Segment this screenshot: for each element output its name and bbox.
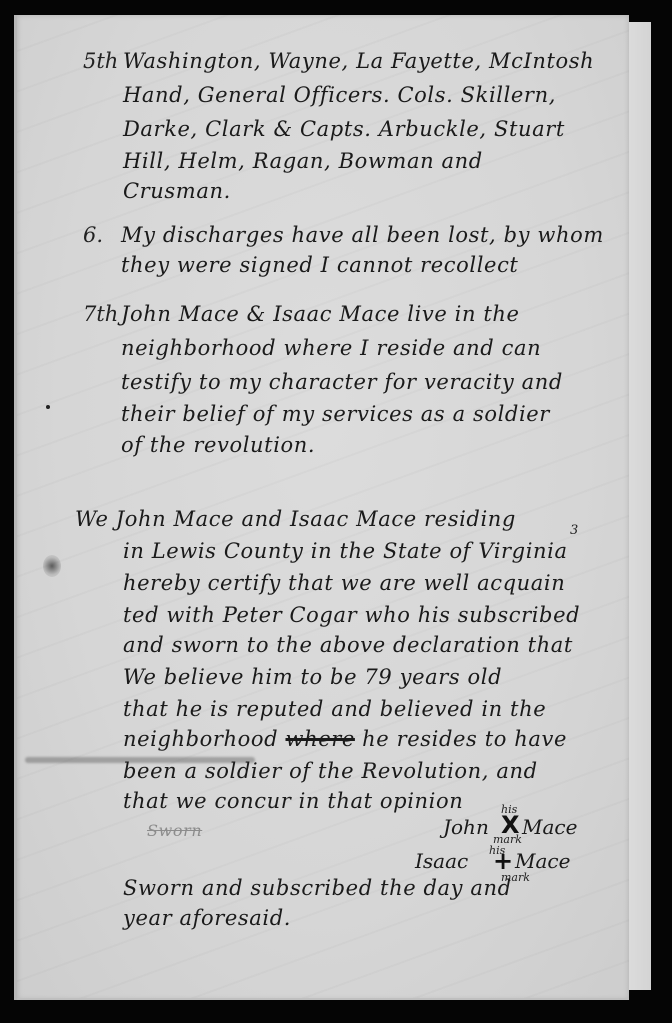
item7-line-3: testify to my character for veracity and: [121, 372, 563, 393]
item5-line-2: Hand, General Officers. Cols. Skillern,: [123, 85, 556, 106]
item7-line-4: their belief of my services as a soldier: [121, 404, 550, 425]
item6-line-1: My discharges have all been lost, by who…: [121, 225, 604, 246]
ink-blot: [43, 555, 61, 577]
cert-line-7: that he is reputed and believed in the: [123, 699, 546, 720]
item5-line-4: Hill, Helm, Ragan, Bowman and: [123, 151, 483, 172]
cert-line-8: neighborhood where he resides to have: [123, 729, 567, 750]
document-page: 5th Washington, Wayne, La Fayette, McInt…: [14, 15, 629, 1000]
margin-ink-dot: [46, 405, 50, 409]
item-number-5: 5th: [83, 49, 118, 73]
cert-line-5: and sworn to the above declaration that: [123, 635, 573, 656]
signature-isaac-first: Isaac: [415, 849, 468, 873]
signature-john-last: Mace: [522, 815, 577, 839]
cert-line-6: We believe him to be 79 years old: [123, 667, 502, 688]
cert-line-4: ted with Peter Cogar who his subscribed: [123, 605, 580, 626]
item5-line-3: Darke, Clark & Capts. Arbuckle, Stuart: [123, 119, 565, 140]
cert-line-1: We John Mace and Isaac Mace residing: [75, 509, 516, 530]
jurat-line-2: year aforesaid.: [123, 908, 291, 929]
item5-line-1: Washington, Wayne, La Fayette, McIntosh: [123, 51, 594, 72]
signature-john-first: John: [443, 815, 489, 839]
cert-line-9: been a soldier of the Revolution, and: [123, 761, 538, 782]
item7-line-1: John Mace & Isaac Mace live in the: [121, 304, 520, 325]
item-number-6: 6.: [83, 223, 103, 247]
item7-line-5: of the revolution.: [121, 435, 315, 456]
item-number-7: 7th: [83, 302, 118, 326]
signature-isaac-last: Mace: [515, 849, 570, 873]
struck-word: where: [286, 727, 355, 751]
item7-line-2: neighborhood where I reside and can: [121, 338, 541, 359]
margin-number: 3: [570, 523, 578, 538]
item6-line-2: they were signed I cannot recollect: [121, 255, 518, 276]
cert-line-2: in Lewis County in the State of Virginia: [123, 541, 568, 562]
faint-struck-text: Sworn: [147, 823, 202, 839]
item5-line-5: Crusman.: [123, 181, 231, 202]
cert-line-10: that we concur in that opinion: [123, 791, 463, 812]
jurat-line-1: Sworn and subscribed the day and: [123, 878, 512, 899]
cert-line-3: hereby certify that we are well acquain: [123, 573, 565, 594]
